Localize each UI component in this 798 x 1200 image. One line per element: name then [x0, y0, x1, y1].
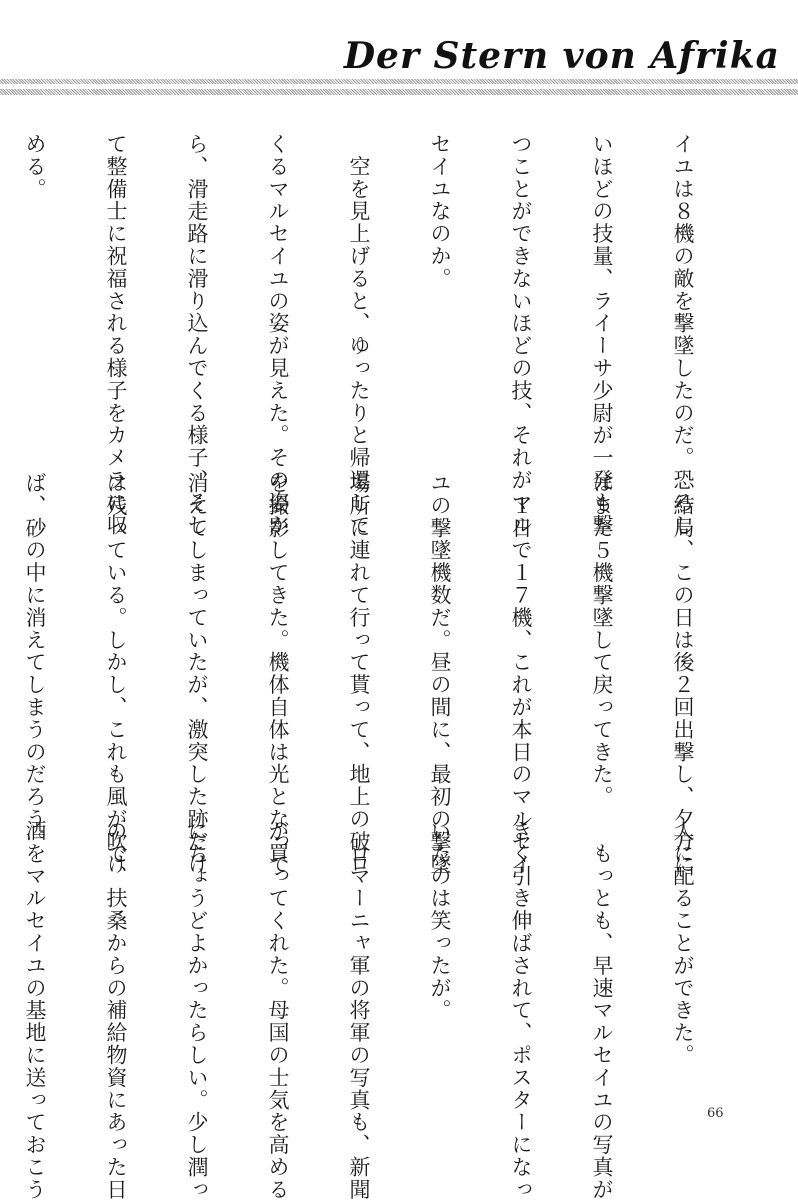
text-column: きく引き伸ばされて、ポスターになって — [507, 820, 534, 1130]
header-rule-top — [0, 79, 798, 84]
text-column: ば、砂の中に消えてしまうのだろう。 — [21, 472, 48, 782]
text-column: ユの撃墜機数だ。昼の間に、最初の撃墜 — [426, 472, 453, 782]
text-column: にちょうどよかったらしい。少し潤った — [183, 820, 210, 1130]
text-column: ら、滑走路に滑り込んでくる様子、そし — [183, 133, 210, 443]
text-column: を撮影してきた。機体自体は光となって — [264, 472, 291, 782]
text-block-middle: 結局、この日は後２回出撃し、夕方に はまた５機撃墜して戻ってきた。 １日で１７機… — [0, 472, 750, 782]
text-column: いたのは笑ったが。 — [426, 820, 453, 1130]
text-column: ので、扶桑からの補給物資にあった日本 — [102, 820, 129, 1130]
page-number: 66 — [707, 1106, 724, 1121]
text-column: 結局、この日は後２回出撃し、夕方に — [669, 472, 696, 782]
header-rule-bottom — [0, 89, 798, 95]
text-column: ロマーニャ軍の将軍の写真も、新聞社 — [345, 820, 372, 1130]
text-column: つことができないほどの技、それがマル — [507, 133, 534, 443]
header-title: Der Stern von Afrika — [344, 38, 780, 74]
text-column: もっとも、早速マルセイユの写真が大 — [588, 820, 615, 1130]
text-column: くるマルセイユの姿が見えた。その姿か — [264, 133, 291, 443]
text-column: は残っている。しかし、これも風が吹け — [102, 472, 129, 782]
text-column: が買ってくれた。母国の士気を高めるの — [264, 820, 291, 1130]
text-column: イユは８機の敵を撃墜したのだ。恐ろし — [669, 133, 696, 443]
text-block-bottom: 人に配ることができた。 もっとも、早速マルセイユの写真が大 きく引き伸ばされて、… — [0, 820, 750, 1130]
text-column: て整備士に祝福される様子をカメラに収 — [102, 133, 129, 443]
text-column: 空を見上げると、ゆったりと帰還して — [345, 133, 372, 443]
text-column: セイユなのか。 — [426, 133, 453, 443]
text-column: １日で１７機、これが本日のマルセイ — [507, 472, 534, 782]
text-block-top: イユは８機の敵を撃墜したのだ。恐ろし いほどの技量、ライーサ少尉が一発も撃 つこ… — [0, 133, 750, 443]
text-column: める。 — [21, 133, 48, 443]
text-column: 人に配ることができた。 — [669, 820, 696, 1130]
text-column: 場所に連れて行って貰って、地上の破ロ — [345, 472, 372, 782]
text-column: はまた５機撃墜して戻ってきた。 — [588, 472, 615, 782]
text-column: 酒をマルセイユの基地に送っておこう。 — [21, 820, 48, 1130]
text-column: 消えてしまっていたが、激突した跡だけ — [183, 472, 210, 782]
text-column: いほどの技量、ライーサ少尉が一発も撃 — [588, 133, 615, 443]
